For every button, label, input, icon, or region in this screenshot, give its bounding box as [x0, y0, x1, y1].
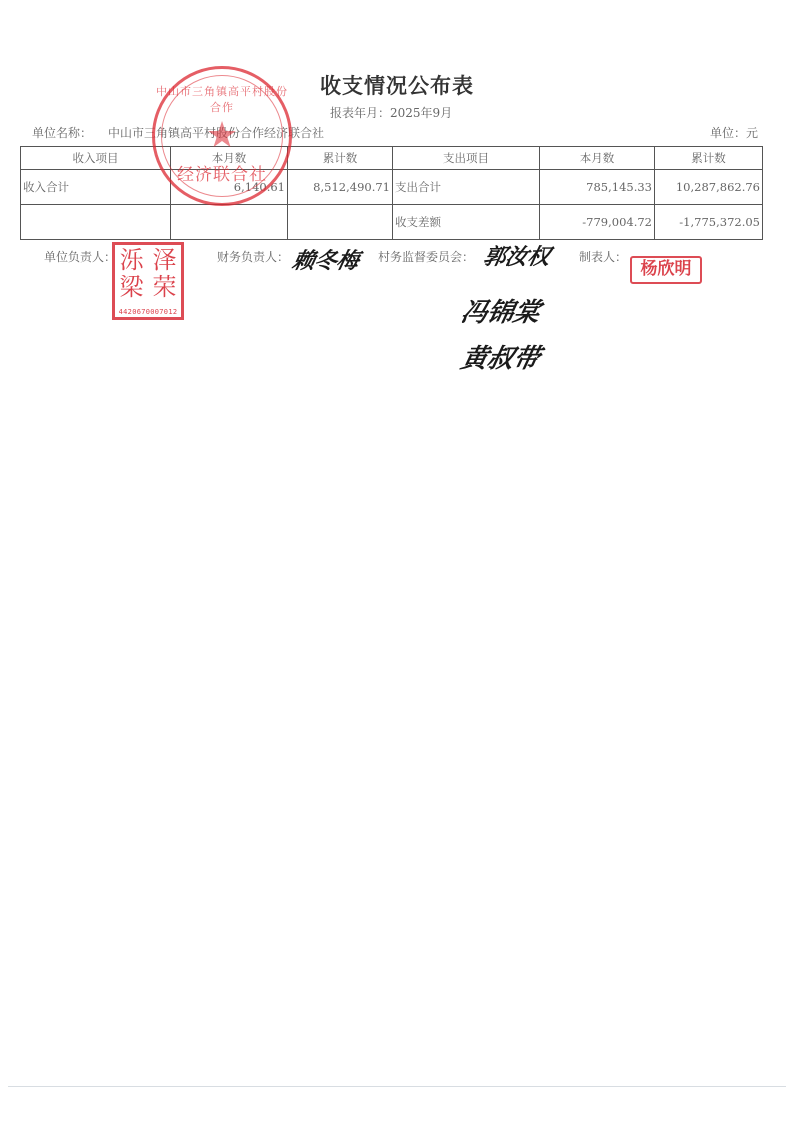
report-period-label: 报表年月：: [330, 106, 390, 120]
unit-name-value: 中山市三角镇高平村股份合作经济联合社: [108, 126, 324, 140]
report-period-value: 2025年9月: [390, 106, 452, 120]
header-income-item: 收入项目: [21, 147, 171, 170]
finance-head-signature: 赖冬梅: [290, 244, 363, 275]
balance-month: -779,004.72: [540, 205, 655, 240]
preparer-label: 制表人：: [579, 248, 627, 265]
supervisory-committee-label: 村务监督委员会：: [378, 248, 474, 265]
header-expense-month: 本月数: [540, 147, 655, 170]
report-period: 报表年月：2025年9月: [330, 104, 452, 121]
supervisory-signature-3: 黄叔带: [458, 338, 544, 375]
expense-item: 支出合计: [393, 170, 540, 205]
document-title: 收支情况公布表: [0, 70, 794, 100]
currency-unit: 单位：元: [710, 124, 758, 141]
seal-char: 荣: [148, 274, 181, 301]
seal-char: 泽: [148, 247, 181, 274]
balance-item: 收支差额: [393, 205, 540, 240]
seal-code: 4420670007012: [115, 308, 181, 316]
supervisory-signature-1: 郭汝权: [481, 240, 554, 271]
expense-cumulative: 10,287,862.76: [655, 170, 763, 205]
header-expense-item: 支出项目: [393, 147, 540, 170]
income-item: 收入合计: [21, 170, 171, 205]
supervisory-signature-2: 冯锦棠: [458, 292, 544, 329]
unit-name: 单位名称：中山市三角镇高平村股份合作经济联合社: [32, 124, 324, 141]
header-income-month: 本月数: [171, 147, 288, 170]
table-row: 收支差额 -779,004.72 -1,775,372.05: [21, 205, 763, 240]
table-header-row: 收入项目 本月数 累计数 支出项目 本月数 累计数: [21, 147, 763, 170]
preparer-name-seal: 杨欣明: [630, 256, 702, 284]
seal-char: 梁: [115, 274, 148, 301]
expense-month: 785,145.33: [540, 170, 655, 205]
unit-name-label: 单位名称：: [32, 126, 92, 140]
header-income-cumulative: 累计数: [288, 147, 393, 170]
table-row: 收入合计 6,140.61 8,512,490.71 支出合计 785,145.…: [21, 170, 763, 205]
balance-cumulative: -1,775,372.05: [655, 205, 763, 240]
income-item: [21, 205, 171, 240]
page-bottom-rule: [8, 1086, 786, 1087]
income-expense-table: 收入项目 本月数 累计数 支出项目 本月数 累计数 收入合计 6,140.61 …: [20, 146, 763, 240]
income-month: [171, 205, 288, 240]
income-cumulative: 8,512,490.71: [288, 170, 393, 205]
seal-char: 泺: [115, 247, 148, 274]
unit-head-seal: 泺 泽 梁 荣 4420670007012: [112, 242, 184, 320]
income-cumulative: [288, 205, 393, 240]
unit-head-label: 单位负责人：: [44, 248, 116, 265]
finance-head-label: 财务负责人：: [217, 248, 289, 265]
header-expense-cumulative: 累计数: [655, 147, 763, 170]
income-month: 6,140.61: [171, 170, 288, 205]
